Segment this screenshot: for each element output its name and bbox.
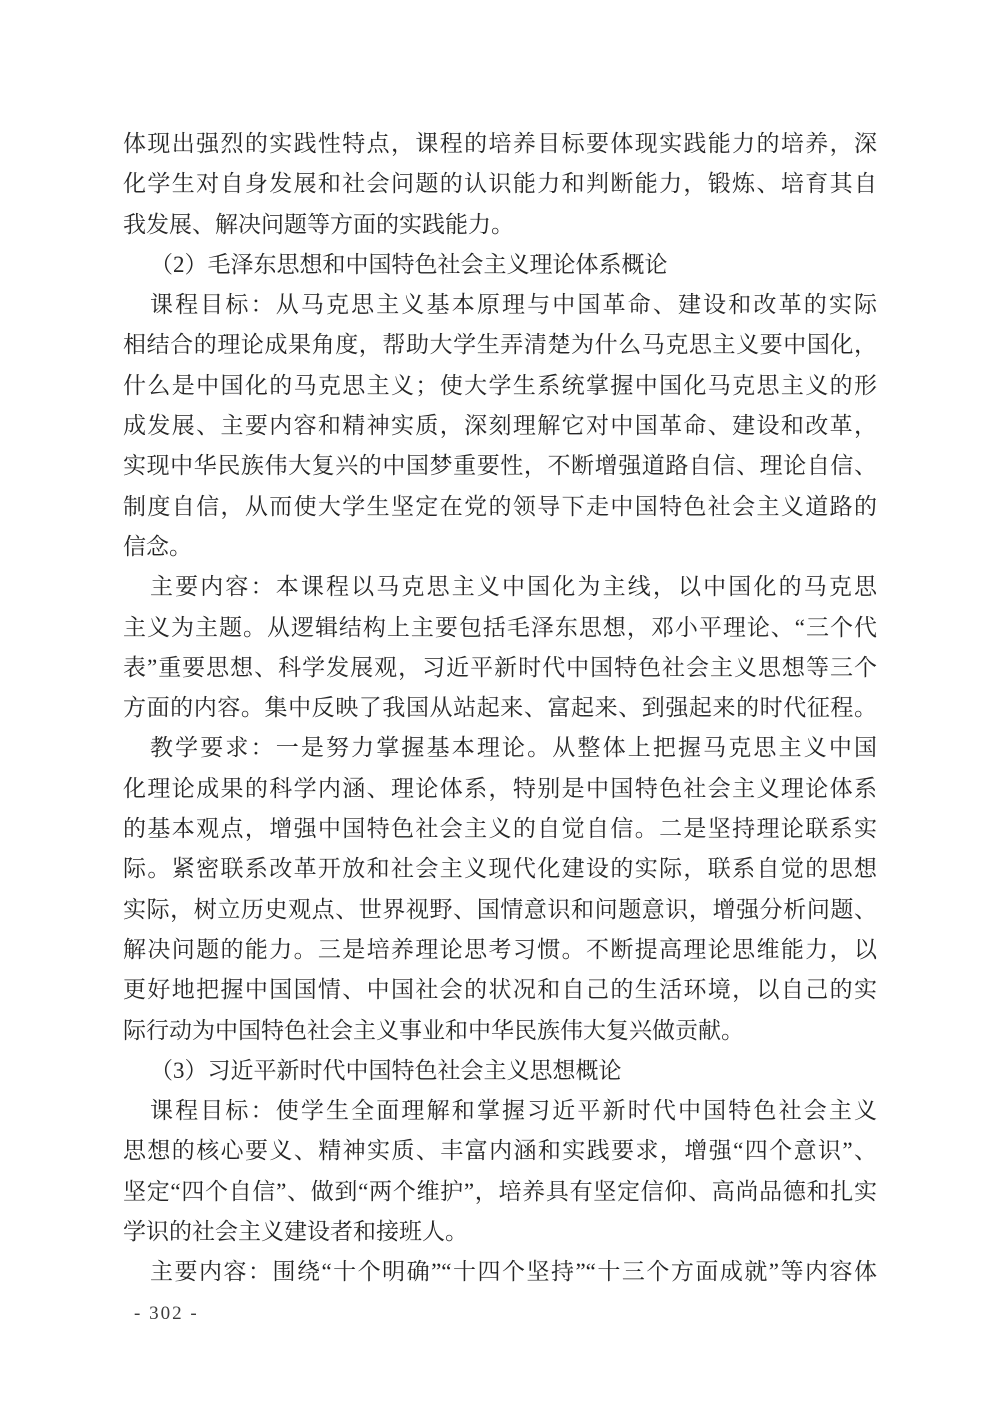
text-line: 课程目标：使学生全面理解和掌握习近平新时代中国特色社会主义	[123, 1091, 877, 1131]
text-line: 成发展、主要内容和精神实质，深刻理解它对中国革命、建设和改革，	[123, 406, 877, 446]
text-line: 思想的核心要义、精神实质、丰富内涵和实践要求，增强“四个意识”、	[123, 1131, 877, 1171]
text-line: 制度自信，从而使大学生坚定在党的领导下走中国特色社会主义道路的	[123, 487, 877, 527]
text-line: 课程目标：从马克思主义基本原理与中国革命、建设和改革的实际	[123, 285, 877, 325]
text-line: 解决问题的能力。三是培养理论思考习惯。不断提高理论思维能力，以	[123, 930, 877, 970]
text-line: 体现出强烈的实践性特点，课程的培养目标要体现实践能力的培养，深	[123, 124, 877, 164]
text-line: 的基本观点，增强中国特色社会主义的自觉自信。二是坚持理论联系实	[123, 809, 877, 849]
text-line: 主要内容：本课程以马克思主义中国化为主线，以中国化的马克思	[123, 567, 877, 607]
para-practical-ability-continuation: 体现出强烈的实践性特点，课程的培养目标要体现实践能力的培养，深化学生对自身发展和…	[123, 124, 877, 245]
text-line: 方面的内容。集中反映了我国从站起来、富起来、到强起来的时代征程。	[123, 688, 877, 728]
text-line: 我发展、解决问题等方面的实践能力。	[123, 205, 877, 245]
para-course-goal-3: 课程目标：使学生全面理解和掌握习近平新时代中国特色社会主义思想的核心要义、精神实…	[123, 1091, 877, 1252]
text-line: 学识的社会主义建设者和接班人。	[123, 1212, 877, 1252]
text-line: 教学要求：一是努力掌握基本理论。从整体上把握马克思主义中国	[123, 728, 877, 768]
text-line: 坚定“四个自信”、做到“两个维护”，培养具有坚定信仰、高尚品德和扎实	[123, 1172, 877, 1212]
text-line: 相结合的理论成果角度，帮助大学生弄清楚为什么马克思主义要中国化，	[123, 325, 877, 365]
text-line: 际。紧密联系改革开放和社会主义现代化建设的实际，联系自觉的思想	[123, 849, 877, 889]
text-line: 信念。	[123, 527, 877, 567]
text-line: 实际，树立历史观点、世界视野、国情意识和问题意识，增强分析问题、	[123, 890, 877, 930]
heading-course-2: （2）毛泽东思想和中国特色社会主义理论体系概论	[123, 245, 877, 285]
text-line: 主义为主题。从逻辑结构上主要包括毛泽东思想，邓小平理论、“三个代	[123, 608, 877, 648]
text-line: 际行动为中国特色社会主义事业和中华民族伟大复兴做贡献。	[123, 1011, 877, 1051]
page-number: - 302 -	[134, 1301, 199, 1327]
heading-course-3: （3）习近平新时代中国特色社会主义思想概论	[123, 1051, 877, 1091]
document-content: 体现出强烈的实践性特点，课程的培养目标要体现实践能力的培养，深化学生对自身发展和…	[123, 124, 877, 1293]
text-line: 更好地把握中国国情、中国社会的状况和自己的生活环境，以自己的实	[123, 970, 877, 1010]
text-line: 化学生对自身发展和社会问题的认识能力和判断能力，锻炼、培育其自	[123, 164, 877, 204]
text-line: 表”重要思想、科学发展观，习近平新时代中国特色社会主义思想等三个	[123, 648, 877, 688]
para-main-content-3: 主要内容：围绕“十个明确”“十四个坚持”“十三个方面成就”等内容体	[123, 1252, 877, 1292]
text-line: （3）习近平新时代中国特色社会主义思想概论	[123, 1051, 877, 1091]
text-line: 实现中华民族伟大复兴的中国梦重要性，不断增强道路自信、理论自信、	[123, 446, 877, 486]
text-line: 主要内容：围绕“十个明确”“十四个坚持”“十三个方面成就”等内容体	[123, 1252, 877, 1292]
text-line: 什么是中国化的马克思主义；使大学生系统掌握中国化马克思主义的形	[123, 366, 877, 406]
para-teaching-requirements-2: 教学要求：一是努力掌握基本理论。从整体上把握马克思主义中国化理论成果的科学内涵、…	[123, 728, 877, 1050]
para-course-goal-2: 课程目标：从马克思主义基本原理与中国革命、建设和改革的实际相结合的理论成果角度，…	[123, 285, 877, 567]
text-line: （2）毛泽东思想和中国特色社会主义理论体系概论	[123, 245, 877, 285]
document-page: 体现出强烈的实践性特点，课程的培养目标要体现实践能力的培养，深化学生对自身发展和…	[0, 0, 1000, 1414]
text-line: 化理论成果的科学内涵、理论体系，特别是中国特色社会主义理论体系	[123, 769, 877, 809]
para-main-content-2: 主要内容：本课程以马克思主义中国化为主线，以中国化的马克思主义为主题。从逻辑结构…	[123, 567, 877, 728]
